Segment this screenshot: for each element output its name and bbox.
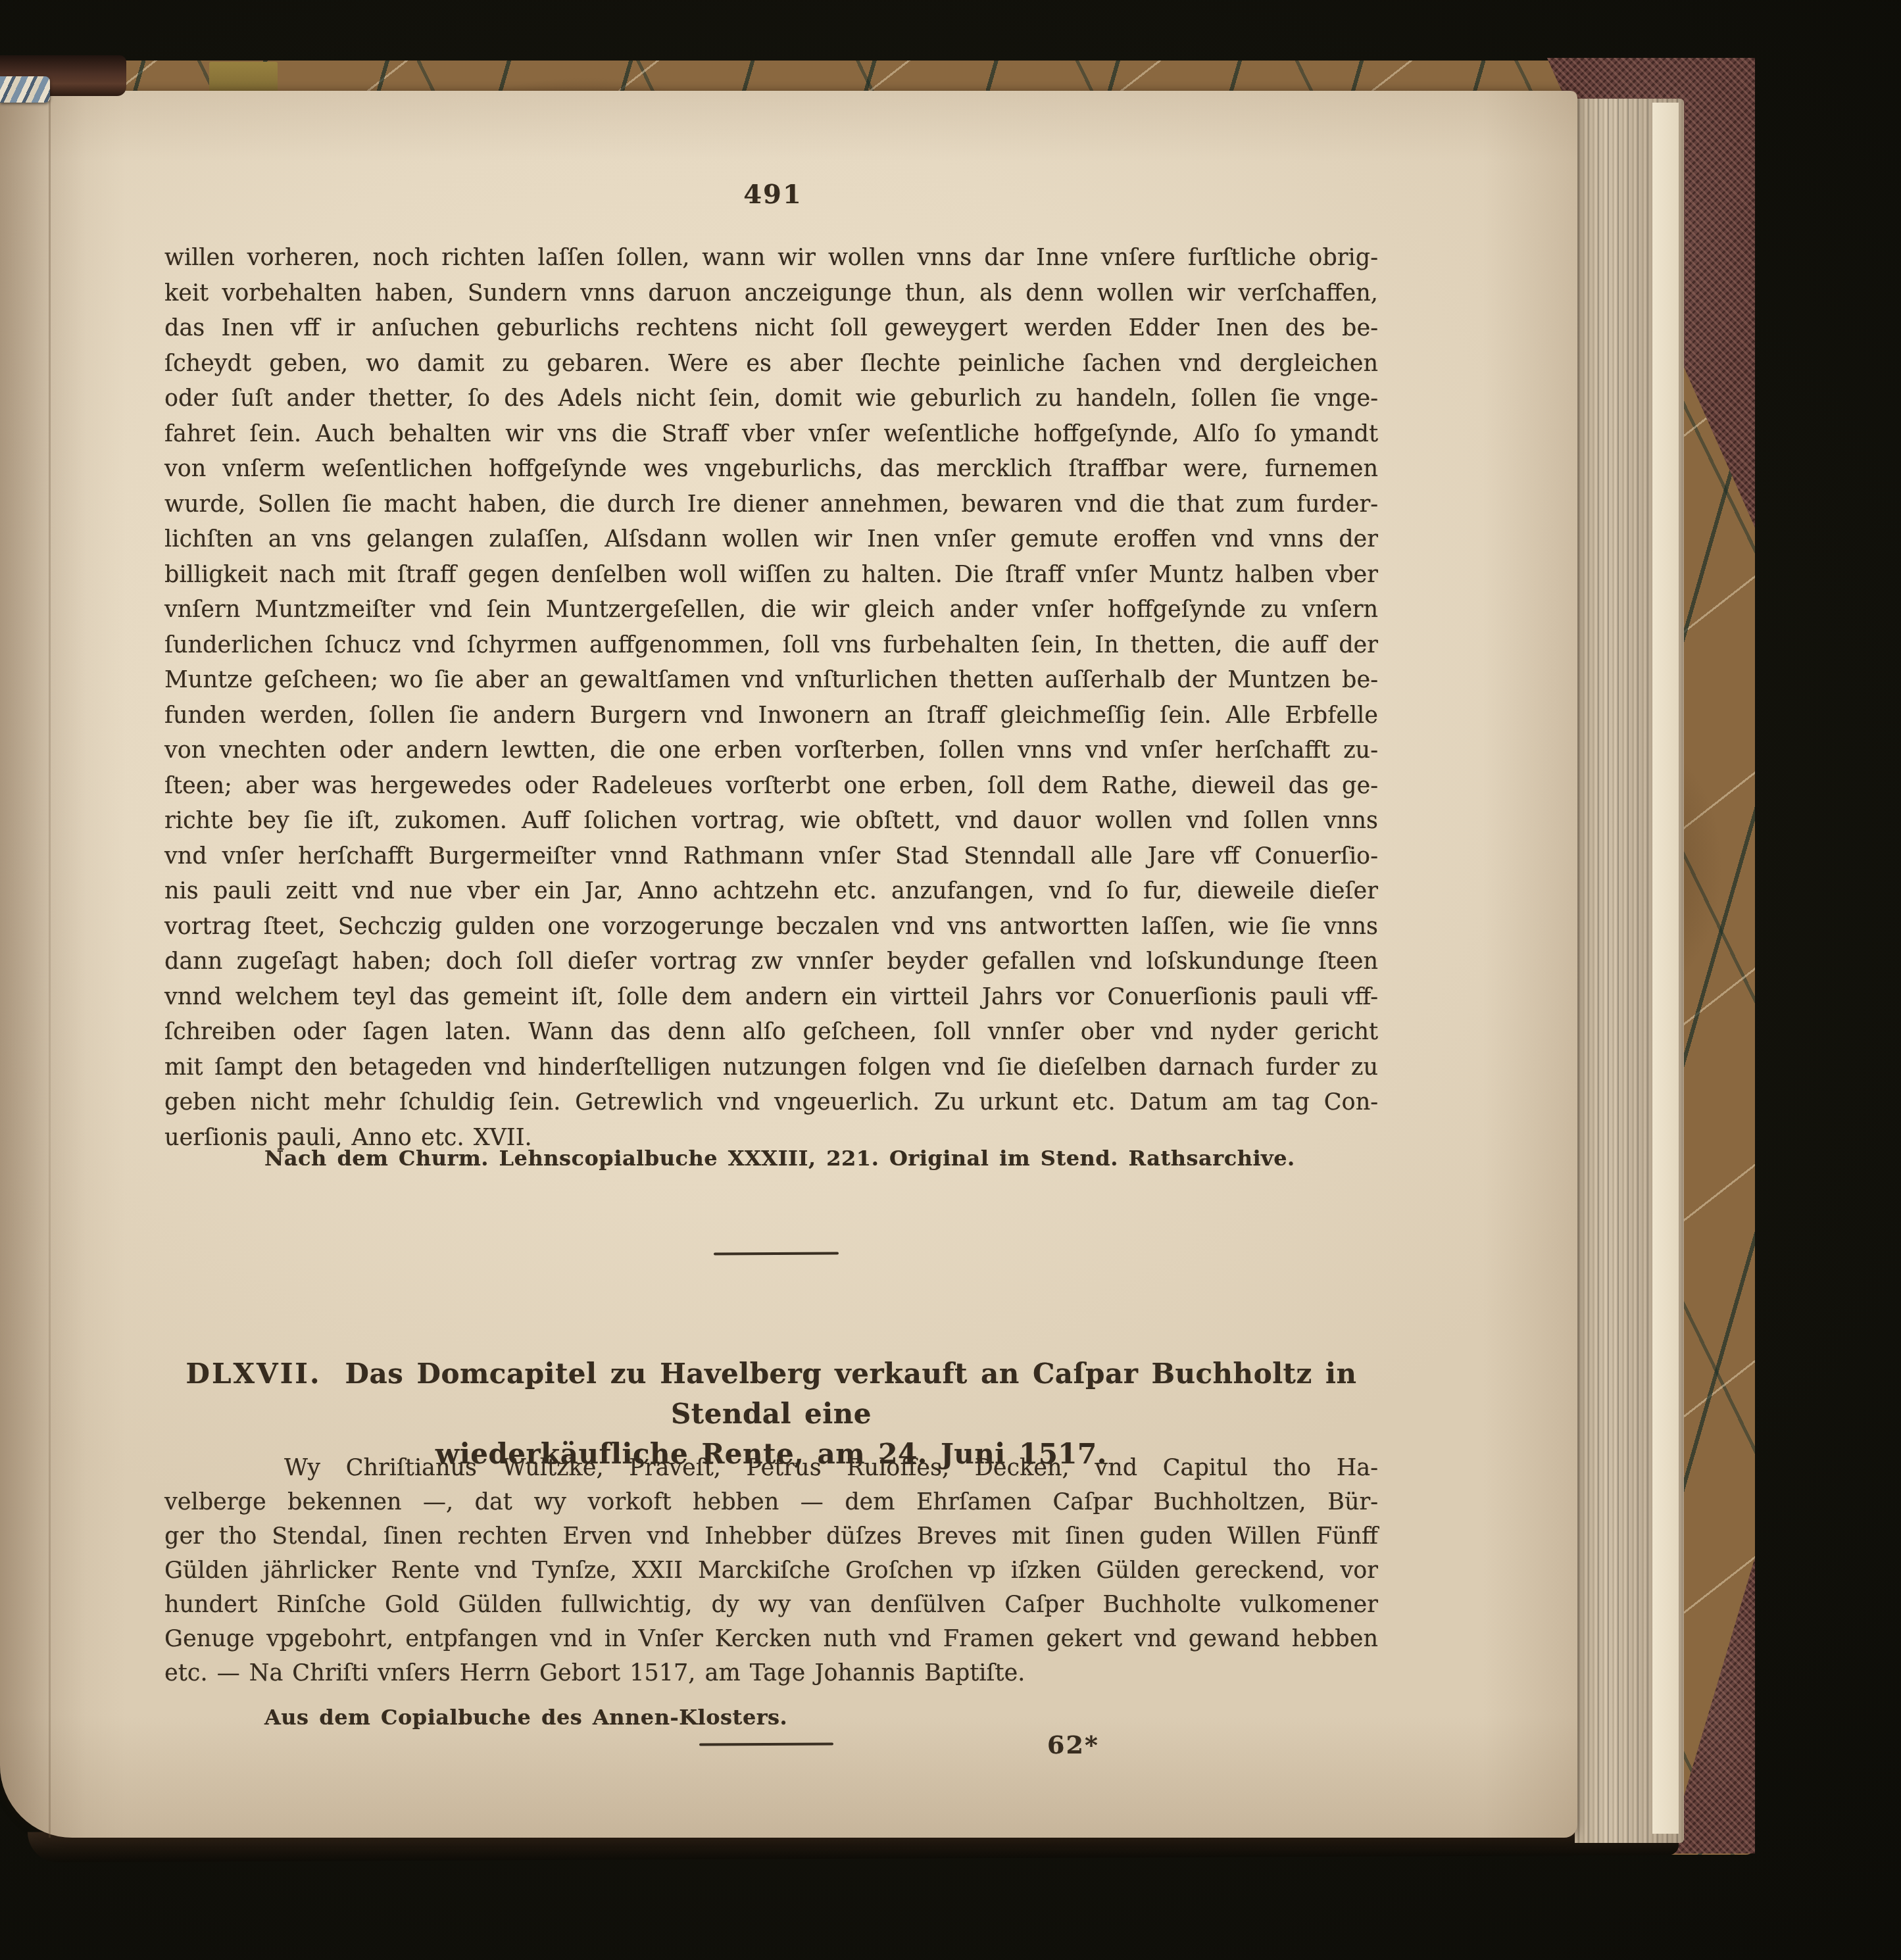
last-page-edge <box>1652 103 1679 1834</box>
gutter-crease <box>49 91 51 1838</box>
text-line: von vnſerm weſentlichen hoffgeſynde wes … <box>164 452 1378 487</box>
page-number: 491 <box>740 179 806 210</box>
text-line: keit vorbehalten haben, Sundern vnns dar… <box>164 276 1378 312</box>
text-line: ſcheydt geben, wo damit zu gebaren. Were… <box>164 347 1378 382</box>
text-line: ger tho Stendal, ſinen rechten Erven vnd… <box>164 1519 1378 1554</box>
signature-mark: 62* <box>1047 1730 1099 1759</box>
text-line: dann zugeſagt haben; doch ſoll dieſer vo… <box>164 944 1378 980</box>
document-2-title-line1: DLXVII.Das Domcapitel zu Havelberg verka… <box>164 1354 1378 1434</box>
document-2-number: DLXVII. <box>186 1358 322 1390</box>
text-line: billigkeit nach mit ſtraff gegen denſelb… <box>164 558 1378 593</box>
text-line: funden werden, ſollen ſie andern Burgern… <box>164 698 1378 734</box>
text-line: vnd vnſer herſchafft Burgermeiſter vnnd … <box>164 839 1378 875</box>
page-stack-edges <box>1575 99 1684 1843</box>
document-1-text: willen vorheren, noch richten laſſen ſol… <box>164 241 1378 1156</box>
text-line: velberge bekennen —, dat wy vorkoft hebb… <box>164 1485 1378 1519</box>
footnote-source-2: Aus dem Copialbuche des Annen-Klosters. <box>264 1705 787 1730</box>
headband <box>0 76 50 103</box>
text-line: richte bey ſie iſt, zukomen. Auff ſolich… <box>164 804 1378 839</box>
text-line: Wy Chriſtianus Wultzke, Praveſt, Petrus … <box>164 1451 1378 1485</box>
text-line: das Inen vff ir anſuchen geburlichs rech… <box>164 311 1378 347</box>
text-line: mit ſampt den betageden vnd hinderſtelli… <box>164 1050 1378 1086</box>
text-line: Muntze geſcheen; wo ſie aber an gewaltſa… <box>164 663 1378 698</box>
text-line: vortrag ſteet, Sechczig gulden one vorzo… <box>164 910 1378 945</box>
text-line: wurde, Sollen ſie macht haben, die durch… <box>164 487 1378 523</box>
footnote-source-1: Nach dem Churm. Lehnscopialbuche XXXIII,… <box>264 1146 1295 1171</box>
document-2-title-text: Das Domcapitel zu Havelberg verkauft an … <box>345 1358 1357 1430</box>
text-line: von vnechten oder andern lewtten, die on… <box>164 733 1378 769</box>
text-line: Gülden jährlicker Rente vnd Tynſze, XXII… <box>164 1554 1378 1588</box>
gutter-shadow <box>0 91 86 1838</box>
text-line: Genuge vpgebohrt, entpfangen vnd in Vnſe… <box>164 1622 1378 1656</box>
text-line: vnſern Muntzmeiſter vnd ſein Muntzergeſe… <box>164 593 1378 628</box>
text-line: oder ſuſt ander thetter, ſo des Adels ni… <box>164 381 1378 417</box>
text-line: etc. — Na Chriſti vnſers Herrn Gebort 15… <box>164 1656 1378 1690</box>
text-line: vnnd welchem teyl das gemeint iſt, ſolle… <box>164 980 1378 1016</box>
text-line: ſteen; aber was hergewedes oder Radeleue… <box>164 769 1378 804</box>
text-line: ſchreiben oder ſagen laten. Wann das den… <box>164 1015 1378 1050</box>
text-line: hundert Rinſche Gold Gülden fullwichtig,… <box>164 1588 1378 1622</box>
document-2-text: Wy Chriſtianus Wultzke, Praveſt, Petrus … <box>164 1451 1378 1690</box>
text-line: willen vorheren, noch richten laſſen ſol… <box>164 241 1378 276</box>
board-top-tan-patch <box>209 62 278 93</box>
text-line: fahret ſein. Auch behalten wir vns die S… <box>164 417 1378 453</box>
scan-background: 491 willen vorheren, noch richten laſſen… <box>0 0 1901 1960</box>
text-line: ſunderlichen ſchucz vnd ſchyrmen auffgen… <box>164 628 1378 664</box>
text-line: nis pauli zeitt vnd nue vber ein Jar, An… <box>164 874 1378 910</box>
text-line: lichſten an vns gelangen zulaſſen, Alſsd… <box>164 522 1378 558</box>
text-line: geben nicht mehr ſchuldig ſein. Getrewli… <box>164 1085 1378 1121</box>
